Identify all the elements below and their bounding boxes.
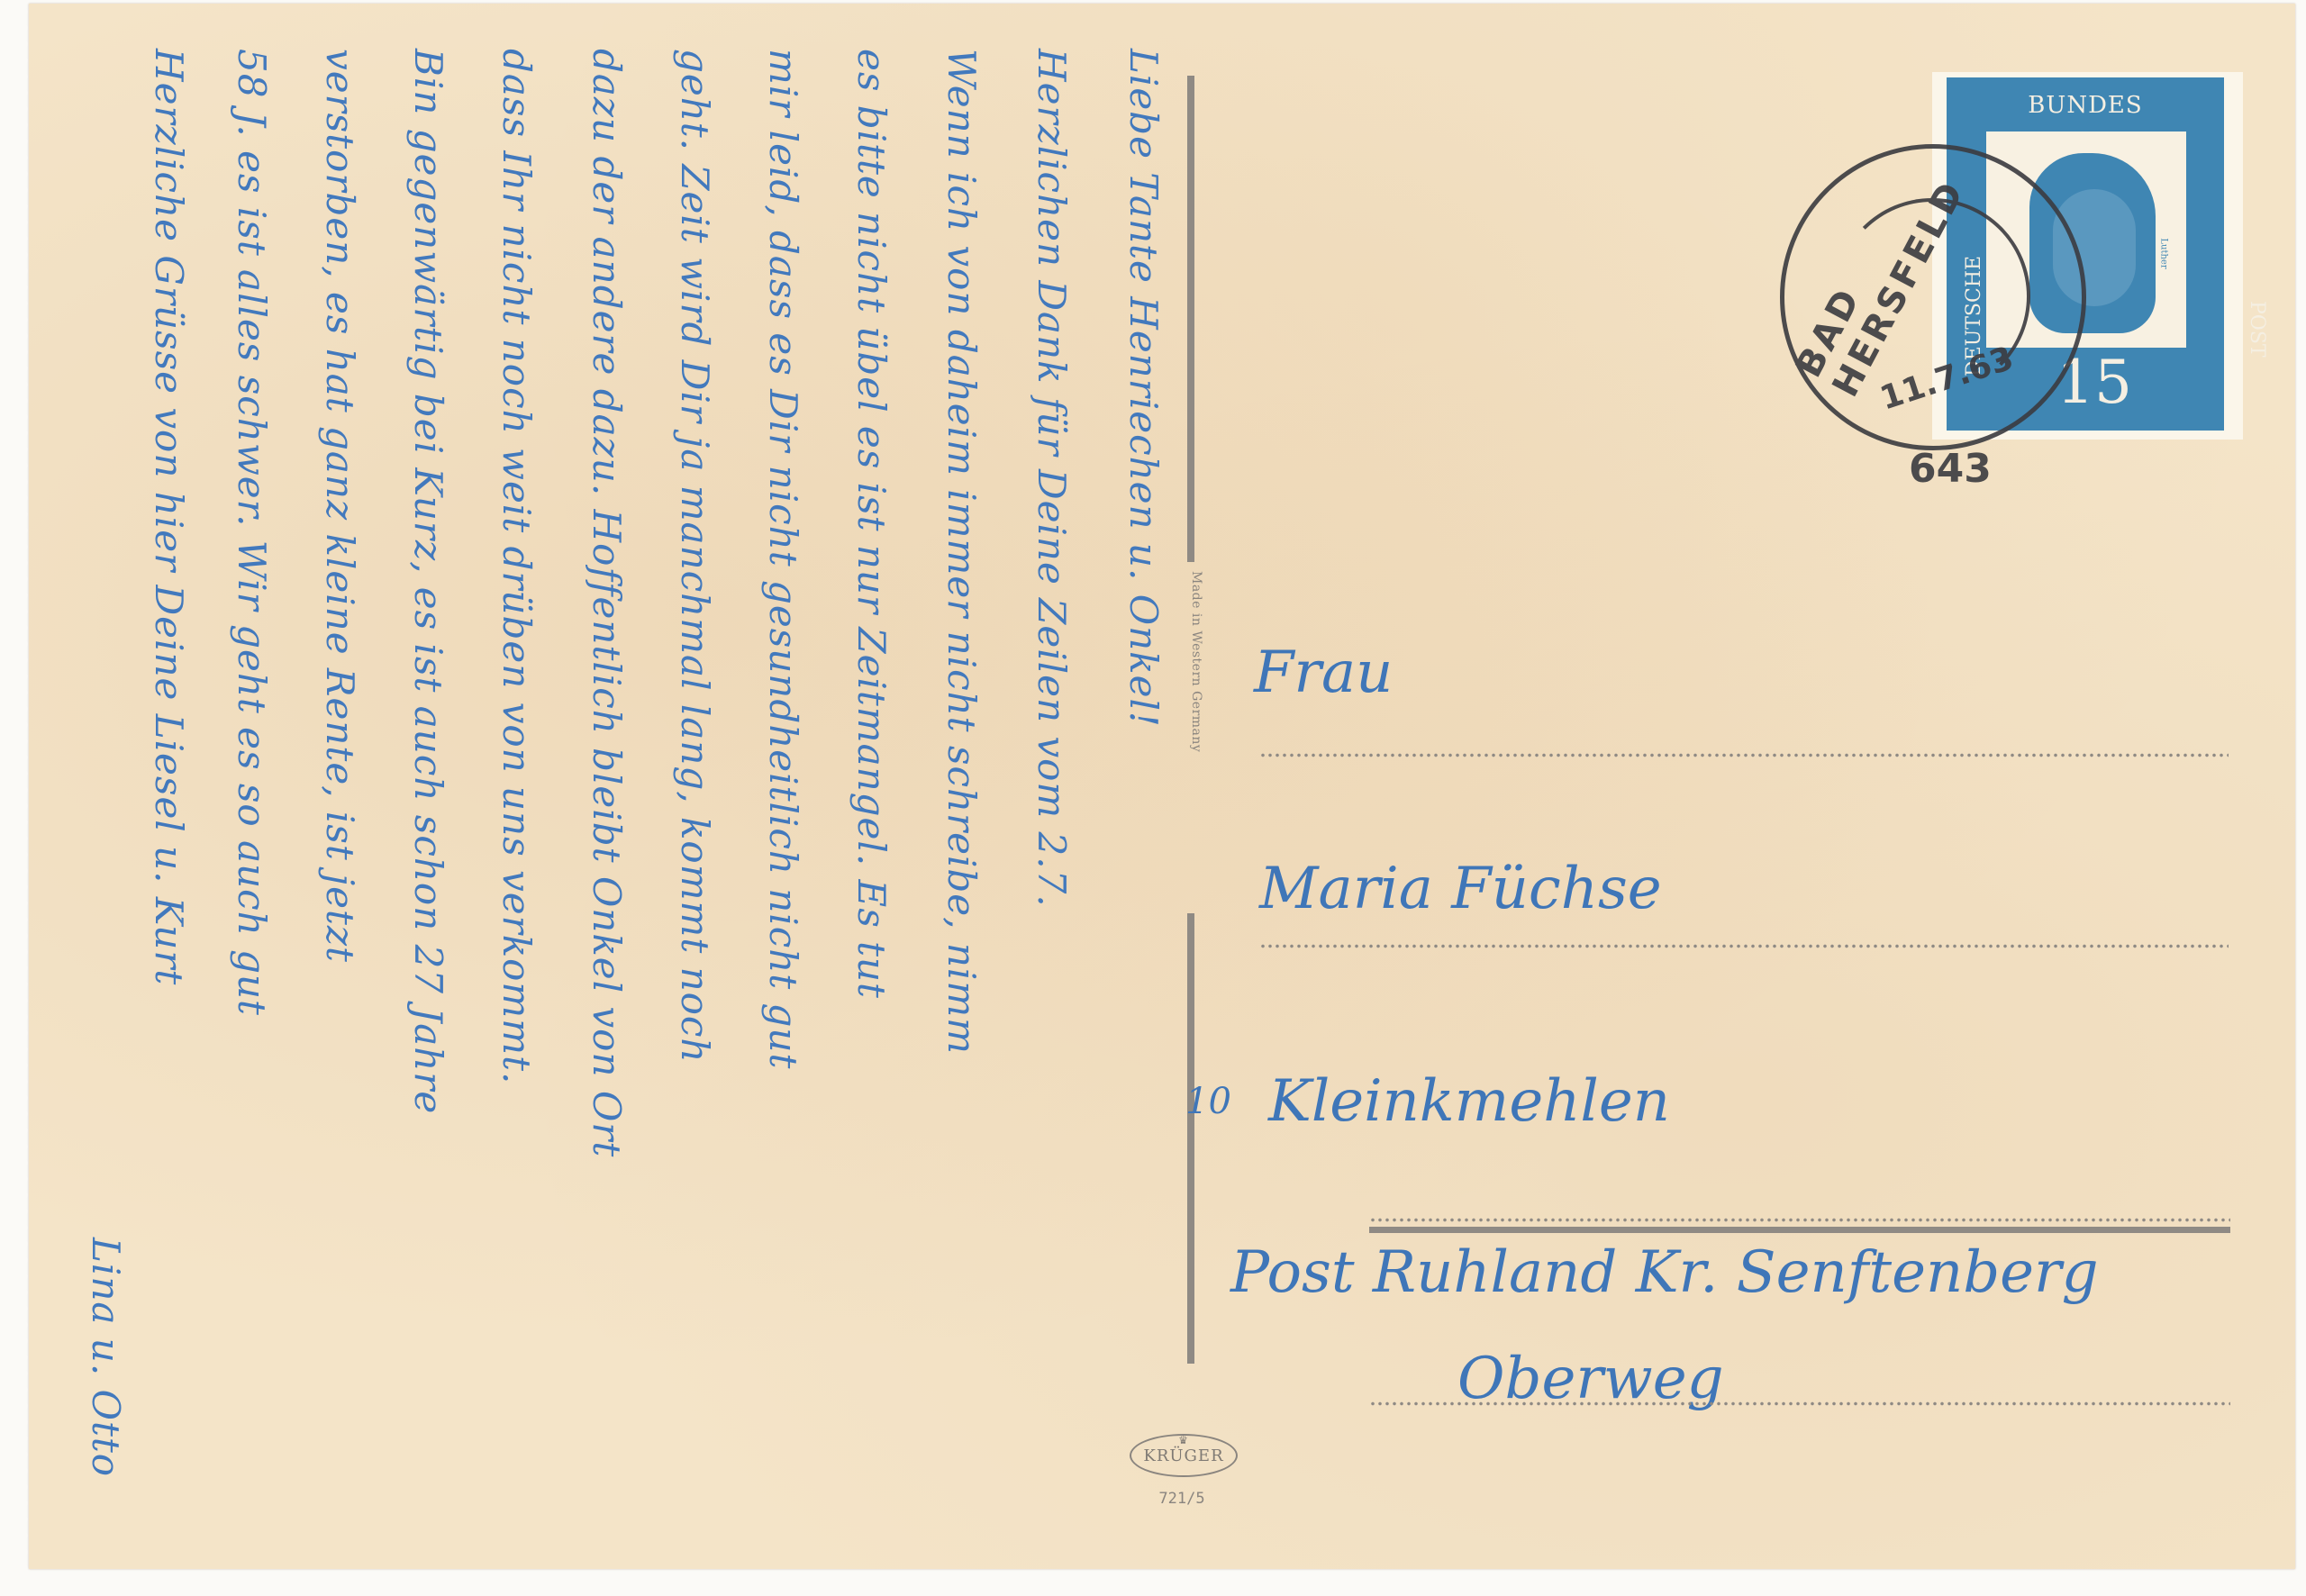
message-line: Wenn ich von daheim immer nicht schreibe… xyxy=(940,49,984,1055)
address-name: Maria Füchse xyxy=(1259,856,1662,922)
publisher-number: 721/5 xyxy=(1146,1490,1218,1508)
stamp-right-text: POST xyxy=(2246,301,2268,358)
postcard: Liebe Tante Henriechen u. Onkel! Herzlic… xyxy=(29,4,2295,1569)
message-line: dazu der andere dazu. Hoffentlich bleibt… xyxy=(585,49,629,1157)
made-in-label: Made in Western Germany xyxy=(1189,571,1203,752)
handwritten-message: Liebe Tante Henriechen u. Onkel! Herzlic… xyxy=(65,49,1173,1508)
address-dotted-line xyxy=(1259,753,2229,757)
address-dotted-line xyxy=(1259,944,2229,948)
address-postal-code: 10 xyxy=(1185,1081,1231,1122)
stamp-portrait-caption: Luther xyxy=(2158,238,2168,268)
stamp-top-text: BUNDES xyxy=(1947,92,2224,119)
address-town: Kleinkmehlen xyxy=(1268,1068,1670,1135)
message-line: 58 J. es ist alles schwer. Wir geht es s… xyxy=(230,49,274,1016)
message-line: Herzliche Grüsse von hier Deine Liesel u… xyxy=(147,49,191,985)
message-signature: Lina u. Otto xyxy=(84,1238,128,1477)
message-line: verstorben, es hat ganz kleine Rente, is… xyxy=(318,49,362,963)
message-line: es bitte nicht übel es ist nur Zeitmange… xyxy=(849,49,894,999)
divider-line xyxy=(1187,76,1194,562)
address-dotted-line xyxy=(1369,1218,2230,1222)
message-line: Liebe Tante Henriechen u. Onkel! xyxy=(1121,49,1166,728)
message-line: geht. Zeit wird Dir ja manchmal lang, ko… xyxy=(673,49,717,1064)
divider-line xyxy=(1187,913,1194,1364)
postmark-code: 643 xyxy=(1909,446,1992,492)
address-salutation: Frau xyxy=(1254,639,1393,706)
postmark: BAD HERSFELD 11.7.63 643 xyxy=(1780,144,2086,450)
address-post-line: Post Ruhland Kr. Senftenberg xyxy=(1230,1239,2099,1306)
message-line: dass Ihr nicht noch weit drüben von uns … xyxy=(495,49,539,1084)
publisher-logo: ♛ KRÜGER xyxy=(1130,1434,1238,1477)
address-solid-line xyxy=(1369,1227,2230,1233)
crown-icon: ♛ xyxy=(1178,1434,1189,1446)
message-line: Bin gegenwärtig bei Kurz, es ist auch sc… xyxy=(406,49,450,1114)
message-line: Herzlichen Dank für Deine Zeilen vom 2.7… xyxy=(1030,49,1074,908)
message-line: mir leid, dass es Dir nicht gesundheitli… xyxy=(761,49,805,1069)
address-dotted-line xyxy=(1369,1401,2230,1406)
